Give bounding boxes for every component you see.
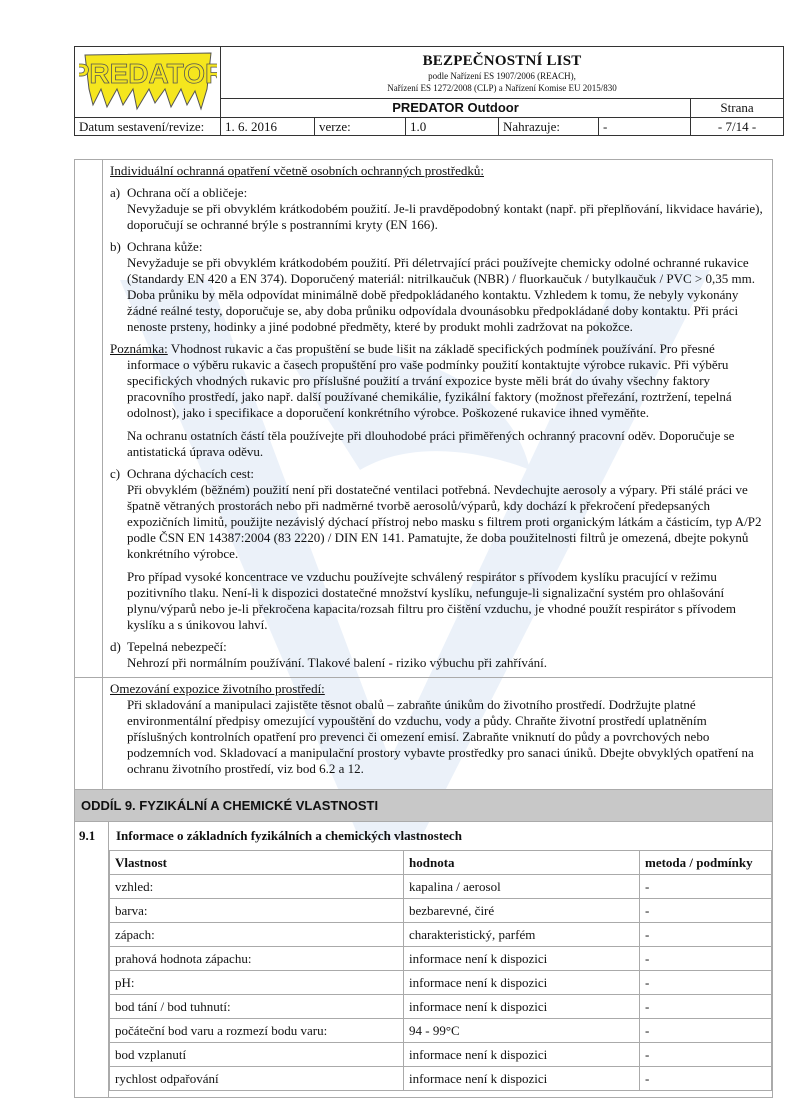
document-header: PREDATOR BEZPEČNOSTNÍ LIST podle Nařízen… <box>74 46 784 136</box>
item-title: Ochrana dýchacích cest: <box>127 466 254 482</box>
body-protection-text: Na ochranu ostatních částí těla používej… <box>110 428 764 460</box>
property-method: - <box>640 1019 772 1043</box>
table-row: barva:bezbarevné, čiré- <box>110 899 772 923</box>
replaces-label: Nahrazuje: <box>499 118 599 136</box>
property-name: barva: <box>110 899 404 923</box>
property-value: informace není k dispozici <box>404 971 640 995</box>
property-method: - <box>640 899 772 923</box>
ppe-heading: Individuální ochranná opatření včetně os… <box>110 163 764 179</box>
environment-text: Při skladování a manipulaci zajistěte tě… <box>110 697 764 777</box>
property-value: informace není k dispozici <box>404 995 640 1019</box>
table-row: prahová hodnota zápachu:informace není k… <box>110 947 772 971</box>
ppe-content: Individuální ochranná opatření včetně os… <box>103 160 772 677</box>
svg-text:PREDATOR: PREDATOR <box>79 58 217 89</box>
property-name: zápach: <box>110 923 404 947</box>
table-header-row: Vlastnost hodnota metoda / podmínky <box>110 851 772 875</box>
note-label: Poznámka: <box>110 341 168 356</box>
property-name: pH: <box>110 971 404 995</box>
skin-protection: b)Ochrana kůže: Nevyžaduje se při obvykl… <box>110 239 764 335</box>
property-name: rychlost odpařování <box>110 1067 404 1091</box>
page-label: Strana <box>691 98 784 117</box>
property-name: počáteční bod varu a rozmezí bodu varu: <box>110 1019 404 1043</box>
item-text: Nevyžaduje se při obvyklém krátkodobém p… <box>110 201 764 233</box>
column-header: metoda / podmínky <box>640 851 772 875</box>
respiratory-protection: c)Ochrana dýchacích cest: Při obvyklém (… <box>110 466 764 633</box>
table-row: rychlost odpařováníinformace není k disp… <box>110 1067 772 1091</box>
thermal-hazards: d)Tepelná nebezpečí: Nehrozí při normáln… <box>110 639 764 671</box>
item-text: Nehrozí při normálním používání. Tlakové… <box>110 655 764 671</box>
column-header: Vlastnost <box>110 851 404 875</box>
property-value: 94 - 99°C <box>404 1019 640 1043</box>
item-letter: a) <box>110 185 127 201</box>
property-name: bod tání / bod tuhnutí: <box>110 995 404 1019</box>
table-row: počáteční bod varu a rozmezí bodu varu:9… <box>110 1019 772 1043</box>
logo-cell: PREDATOR <box>75 47 221 118</box>
subsection-title: Informace o základních fyzikálních a che… <box>109 828 772 844</box>
date-label: Datum sestavení/revize: <box>75 118 221 136</box>
item-text: Při obvyklém (běžném) použití není při d… <box>110 482 764 562</box>
table-row: bod vzplanutíinformace není k dispozici- <box>110 1043 772 1067</box>
property-name: vzhled: <box>110 875 404 899</box>
property-name: bod vzplanutí <box>110 1043 404 1067</box>
item-text: Nevyžaduje se při obvyklém krátkodobém p… <box>110 255 764 335</box>
product-name: PREDATOR Outdoor <box>221 98 691 117</box>
eye-protection: a)Ochrana očí a obličeje: Nevyžaduje se … <box>110 185 764 233</box>
environment-heading: Omezování expozice životního prostředí: <box>110 681 764 697</box>
document-title: BEZPEČNOSTNÍ LIST <box>225 53 779 70</box>
glove-note: Poznámka: Vhodnost rukavic a čas propušt… <box>110 341 764 460</box>
property-value: informace není k dispozici <box>404 947 640 971</box>
item-letter: b) <box>110 239 127 255</box>
environment-content: Omezování expozice životního prostředí: … <box>103 678 772 789</box>
property-method: - <box>640 1043 772 1067</box>
properties-table: Vlastnost hodnota metoda / podmínky vzhl… <box>109 850 772 1091</box>
property-value: informace není k dispozici <box>404 1043 640 1067</box>
table-row: vzhled:kapalina / aerosol- <box>110 875 772 899</box>
property-value: informace není k dispozici <box>404 1067 640 1091</box>
number-column <box>75 678 103 789</box>
version-value: 1.0 <box>406 118 499 136</box>
table-row: pH:informace není k dispozici- <box>110 971 772 995</box>
property-method: - <box>640 947 772 971</box>
predator-logo: PREDATOR <box>79 49 217 111</box>
column-header: hodnota <box>404 851 640 875</box>
subsection-number: 9.1 <box>75 822 109 1097</box>
note-text: Vhodnost rukavic a čas propuštění se bud… <box>127 341 732 420</box>
environment-row: Omezování expozice životního prostředí: … <box>75 678 772 790</box>
date-value: 1. 6. 2016 <box>221 118 315 136</box>
item-letter: d) <box>110 639 127 655</box>
property-value: kapalina / aerosol <box>404 875 640 899</box>
property-value: bezbarevné, čiré <box>404 899 640 923</box>
ppe-row: Individuální ochranná opatření včetně os… <box>75 160 772 678</box>
replaces-value: - <box>599 118 691 136</box>
property-method: - <box>640 1067 772 1091</box>
title-cell: BEZPEČNOSTNÍ LIST podle Nařízení ES 1907… <box>221 47 784 99</box>
document-body: Individuální ochranná opatření včetně os… <box>74 159 773 1098</box>
property-method: - <box>640 995 772 1019</box>
table-row: bod tání / bod tuhnutí:informace není k … <box>110 995 772 1019</box>
number-column <box>75 160 103 677</box>
section-9-header: ODDÍL 9. FYZIKÁLNÍ A CHEMICKÉ VLASTNOSTI <box>75 790 772 822</box>
item-letter: c) <box>110 466 127 482</box>
item-title: Ochrana očí a obličeje: <box>127 185 247 201</box>
section-9-1-content: Informace o základních fyzikálních a che… <box>109 822 772 1097</box>
property-value: charakteristický, parfém <box>404 923 640 947</box>
property-name: prahová hodnota zápachu: <box>110 947 404 971</box>
version-label: verze: <box>315 118 406 136</box>
document-subtitle-2: Nařízení ES 1272/2008 (CLP) a Nařízení K… <box>225 82 779 94</box>
document-subtitle-1: podle Nařízení ES 1907/2006 (REACH), <box>225 70 779 82</box>
table-row: zápach:charakteristický, parfém- <box>110 923 772 947</box>
item-title: Ochrana kůže: <box>127 239 202 255</box>
property-method: - <box>640 971 772 995</box>
property-method: - <box>640 923 772 947</box>
section-9-1-row: 9.1 Informace o základních fyzikálních a… <box>75 822 772 1097</box>
property-method: - <box>640 875 772 899</box>
item-text-2: Pro případ vysoké koncentrace ve vzduchu… <box>110 569 764 633</box>
item-title: Tepelná nebezpečí: <box>127 639 227 655</box>
page-number: - 7/14 - <box>691 118 784 136</box>
